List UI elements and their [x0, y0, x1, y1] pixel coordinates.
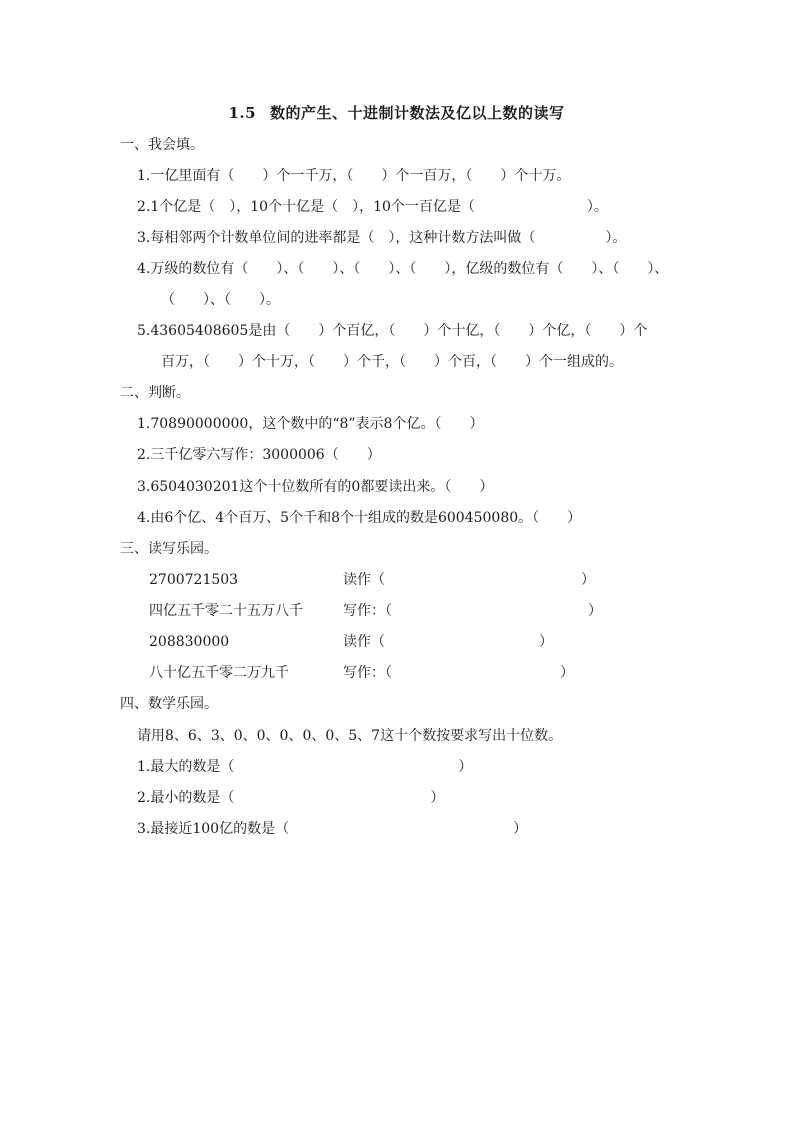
fill-question-4: 4.万级的数位有（ ）、（ ）、（ ）、（ ），亿级的数位有（ ）、（ ）、: [137, 260, 668, 278]
lesson-number: 1.5: [228, 104, 256, 122]
fill-question-5: 5.43605408605是由（ ）个百亿，（ ）个十亿，（ ）个亿，（ ）个: [137, 322, 647, 340]
math-question-3: 3.最接近100亿的数是（ ）: [137, 820, 527, 838]
fill-question-5-continued: 百万，（ ）个十万，（ ）个千，（ ）个百，（ ）个一组成的。: [161, 353, 623, 371]
read-write-given-1: 2700721503: [149, 571, 238, 589]
read-write-given-4: 八十亿五千零二万九千: [149, 664, 289, 682]
read-write-task-4: 写作：（ ）: [343, 664, 574, 682]
judge-question-2: 2.三千亿零六写作：3000006（ ）: [137, 446, 381, 464]
read-write-task-2: 写作：（ ）: [343, 602, 602, 620]
section-4-heading: 四、数学乐园。: [120, 695, 218, 713]
fill-question-3: 3.每相邻两个计数单位间的进率都是（ ），这种计数方法叫做（ ）。: [137, 229, 626, 247]
worksheet-page: 1.5数的产生、十进制计数法及亿以上数的读写 一、我会填。 1.一亿里面有（ ）…: [0, 0, 793, 1122]
fill-question-2: 2.1个亿是（ ），10个十亿是（ ），10个一百亿是（ ）。: [137, 198, 608, 216]
math-intro: 请用8、6、3、0、0、0、0、0、5、7这十个数按要求写出十位数。: [137, 727, 562, 745]
lesson-title: 数的产生、十进制计数法及亿以上数的读写: [270, 104, 565, 122]
judge-question-3: 3.6504030201这个十位数所有的0都要读出来。（ ）: [137, 478, 493, 496]
section-1-heading: 一、我会填。: [120, 136, 204, 154]
worksheet-title: 1.5数的产生、十进制计数法及亿以上数的读写: [0, 102, 793, 123]
judge-question-4: 4.由6个亿、4个百万、5个千和8个十组成的数是600450080。（ ）: [137, 509, 581, 527]
section-3-heading: 三、读写乐园。: [120, 540, 218, 558]
math-question-1: 1.最大的数是（ ）: [137, 758, 472, 776]
read-write-given-2: 四亿五千零二十五万八千: [149, 602, 303, 620]
read-write-task-1: 读作（ ）: [343, 571, 595, 589]
section-2-heading: 二、判断。: [120, 384, 190, 402]
read-write-given-3: 208830000: [149, 633, 229, 651]
fill-question-1: 1.一亿里面有（ ）个一千万，（ ）个一百万，（ ）个十万。: [137, 167, 570, 185]
read-write-task-3: 读作（ ）: [343, 633, 553, 651]
judge-question-1: 1.70890000000，这个数中的“8”表示8个亿。（ ）: [137, 415, 483, 433]
math-question-2: 2.最小的数是（ ）: [137, 789, 444, 807]
fill-question-4-continued: （ ）、（ ）。: [161, 291, 280, 309]
